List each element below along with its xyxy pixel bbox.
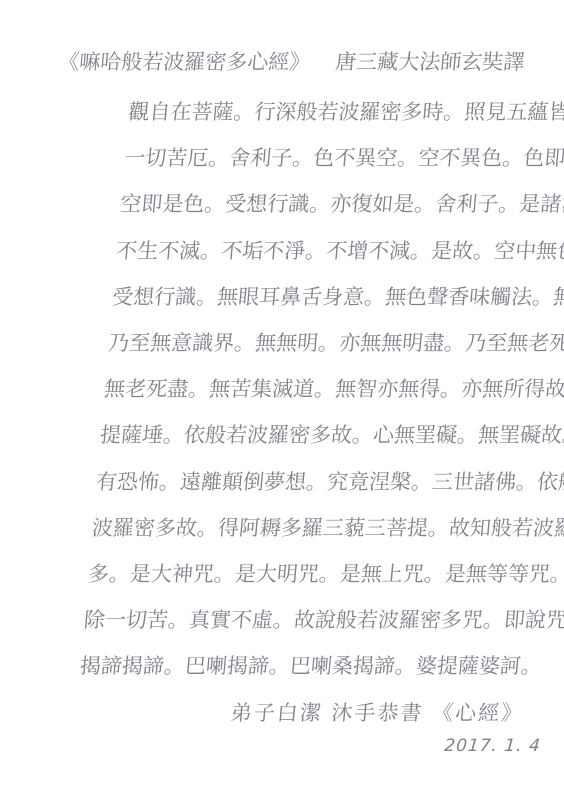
sutra-line: 乃至無意識界。無無明。亦無無明盡。乃至無老死。亦 [106, 319, 556, 365]
sutra-line: 波羅密多故。得阿耨多羅三藐三菩提。故知般若波羅密 [90, 504, 540, 550]
sutra-line: 受想行識。無眼耳鼻舌身意。無色聲香味觸法。無眼界 [110, 273, 560, 319]
calligraphy-page: 《嘛哈般若波羅密多心經》 唐三藏大法師玄奘譯 觀自在菩薩。行深般若波羅密多時。照… [0, 0, 564, 800]
sutra-line: 一切苦厄。舍利子。色不異空。空不異色。色即是空。 [122, 134, 564, 180]
sutra-body: 觀自在菩薩。行深般若波羅密多時。照見五蘊皆空。度 一切苦厄。舍利子。色不異空。空… [78, 88, 564, 688]
title-row: 《嘛哈般若波羅密多心經》 唐三藏大法師玄奘譯 [57, 47, 526, 77]
mantra-line: 揭諦揭諦。巴喇揭諦。巴喇桑揭諦。婆提薩婆訶。 [78, 642, 432, 688]
date-line: 2017. 1. 4 [0, 736, 542, 756]
sutra-line: 觀自在菩薩。行深般若波羅密多時。照見五蘊皆空。度 [126, 88, 564, 134]
sutra-line: 多。是大神咒。是大明咒。是無上咒。是無等等咒。能 [86, 550, 536, 596]
signature-line: 弟子白潔 沐手恭書 《心經》 [0, 697, 526, 727]
sutra-title: 《嘛哈般若波羅密多心經》 [57, 47, 312, 77]
sutra-line: 提薩埵。依般若波羅密多故。心無罣礙。無罣礙故。無 [98, 411, 548, 457]
sutra-line: 不生不滅。不垢不淨。不增不減。是故。空中無色。無 [114, 227, 564, 273]
sutra-line: 空即是色。受想行識。亦復如是。舍利子。是諸法空相。 [118, 180, 564, 226]
sutra-line: 除一切苦。真實不虛。故說般若波羅密多咒。即說咒曰： [82, 596, 532, 642]
sutra-line: 無老死盡。無苦集滅道。無智亦無得。亦無所得故。菩 [102, 365, 552, 411]
translator-credit: 唐三藏大法師玄奘譯 [334, 47, 526, 77]
sutra-line: 有恐怖。遠離顛倒夢想。究竟涅槃。三世諸佛。依般若 [94, 458, 544, 504]
